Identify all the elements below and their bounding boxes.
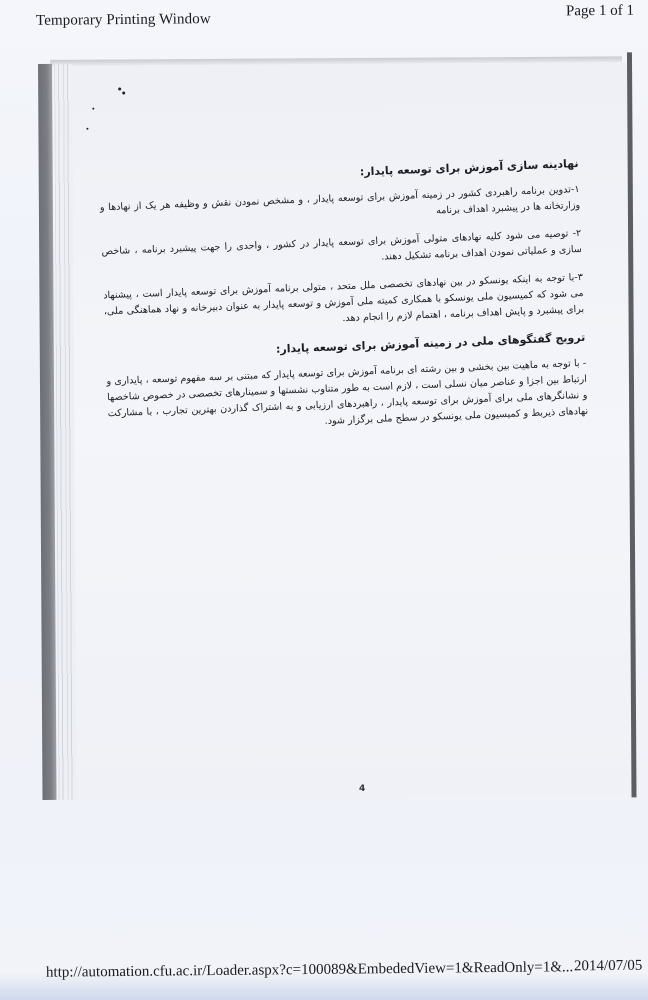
- paragraph-item-2: ۲- توصیه می شود کلیه نهادهای متولی آموزش…: [101, 226, 582, 276]
- scan-bottom-shadow: [0, 974, 648, 1000]
- scan-speck: [122, 91, 125, 94]
- document-body: نهادینه سازی آموزش برای توسعه پایدار: ۱-…: [98, 150, 588, 450]
- paragraph-dialogues: - با توجه به ماهیت بین بخشی و بین رشته ا…: [106, 356, 588, 438]
- scan-speck: [92, 108, 94, 110]
- print-header-title: Temporary Printing Window: [36, 11, 211, 30]
- print-footer-date: 2014/07/05: [574, 958, 643, 976]
- paragraph-item-1: ۱-تدوین برنامه راهبردی کشور در زمینه آمو…: [100, 182, 581, 232]
- document-page-number: 4: [359, 784, 365, 794]
- print-header-page-indicator: Page 1 of 1: [566, 3, 634, 21]
- scan-speck: [86, 128, 88, 130]
- scan-speck: [118, 87, 121, 90]
- paragraph-item-3: ۳-با توجه به اینکه یونسکو در بین نهادهای…: [103, 270, 584, 336]
